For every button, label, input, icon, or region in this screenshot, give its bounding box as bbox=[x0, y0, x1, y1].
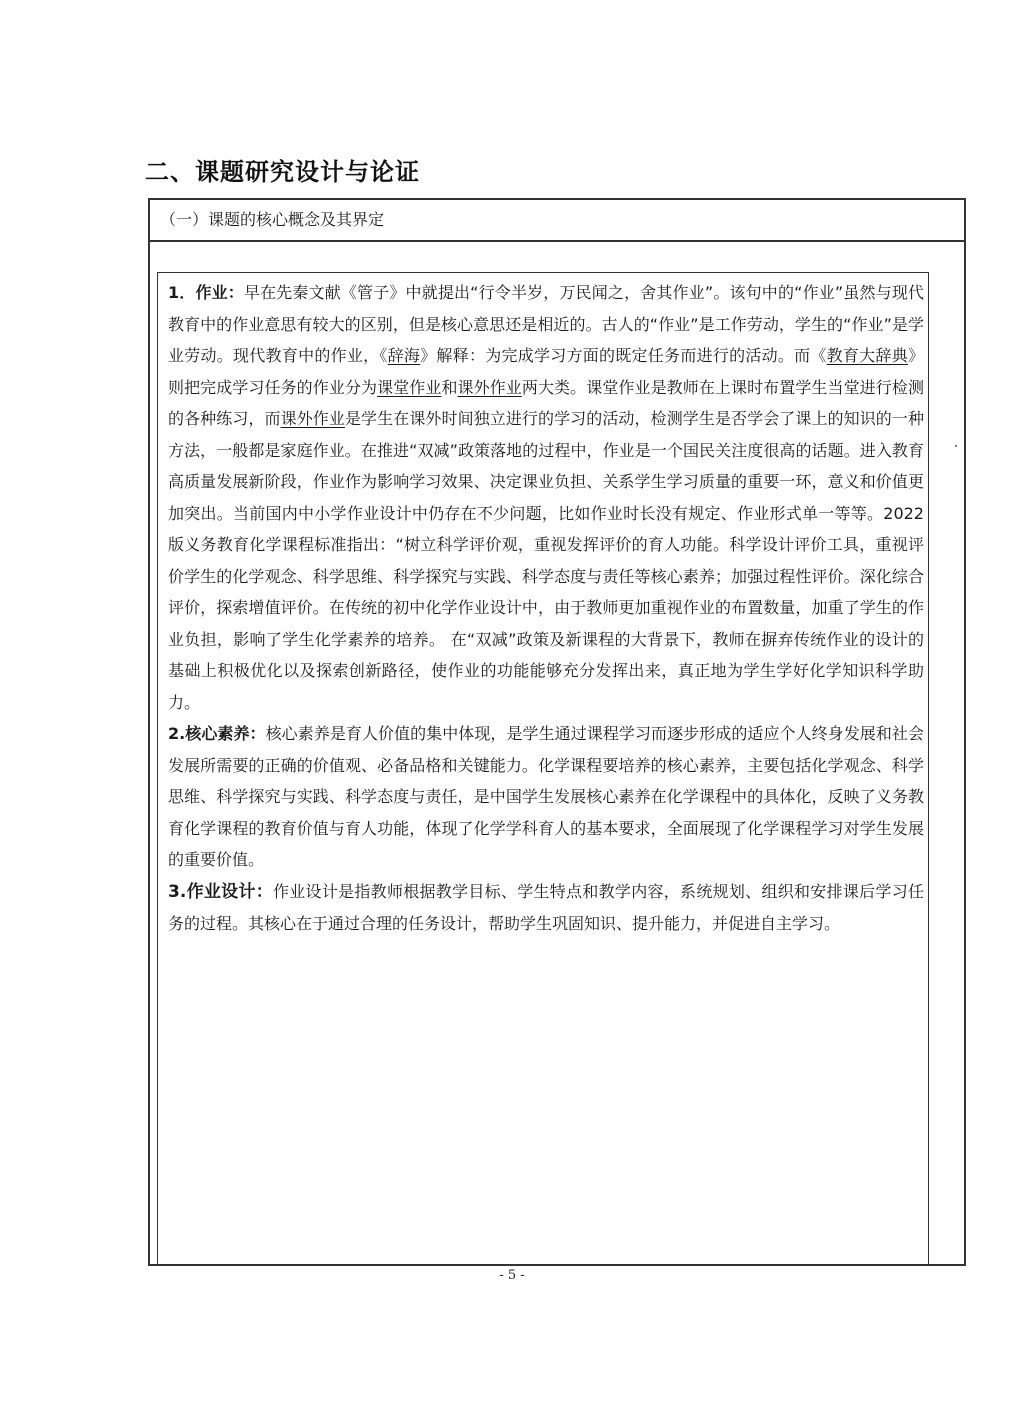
underlined-term: 课外作业 bbox=[281, 409, 345, 428]
paragraph-text: 和 bbox=[441, 378, 457, 397]
section-title: 二、课题研究设计与论证 bbox=[145, 152, 420, 187]
concept-term: 1．作业： bbox=[168, 283, 244, 302]
underlined-term: 课堂作业 bbox=[377, 378, 441, 397]
concept-paragraph: 1．作业：早在先秦文献《管子》中就提出“行令半岁，万民闻之，舍其作业”。该句中的… bbox=[168, 277, 924, 718]
underlined-term: 辞海 bbox=[388, 346, 421, 365]
paragraph-text: 》解释：为完成学习方面的既定任务而进行的活动。而《 bbox=[420, 346, 826, 365]
scan-artifact-dot bbox=[955, 445, 957, 447]
concept-term: 3.作业设计： bbox=[168, 882, 273, 902]
concept-definition-box: 1．作业：早在先秦文献《管子》中就提出“行令半岁，万民闻之，舍其作业”。该句中的… bbox=[157, 272, 929, 1266]
form-table: （一）课题的核心概念及其界定 1．作业：早在先秦文献《管子》中就提出“行令半岁，… bbox=[148, 198, 966, 1266]
underlined-term: 课外作业 bbox=[458, 378, 522, 397]
underlined-term: 教育大辞典 bbox=[827, 346, 908, 365]
concept-content: 1．作业：早在先秦文献《管子》中就提出“行令半岁，万民闻之，舍其作业”。该句中的… bbox=[168, 277, 924, 940]
paragraph-text: 作业设计是指教师根据教学目标、学生特点和教学内容，系统规划、组织和安排课后学习任… bbox=[168, 882, 924, 934]
subsection-title: （一）课题的核心概念及其界定 bbox=[150, 200, 964, 242]
concept-term: 2.核心素养： bbox=[168, 724, 266, 743]
paragraph-text: 是学生在课外时间独立进行的学习的活动，检测学生是否学会了课上的知识的一种方法，一… bbox=[168, 409, 924, 712]
paragraph-text: 核心素养是育人价值的集中体现，是学生通过课程学习而逐步形成的适应个人终身发展和社… bbox=[168, 724, 924, 869]
page-number: - 5 - bbox=[0, 1268, 1024, 1283]
concept-paragraph: 2.核心素养：核心素养是育人价值的集中体现，是学生通过课程学习而逐步形成的适应个… bbox=[168, 718, 924, 876]
concept-paragraph: 3.作业设计：作业设计是指教师根据教学目标、学生特点和教学内容，系统规划、组织和… bbox=[168, 876, 924, 940]
